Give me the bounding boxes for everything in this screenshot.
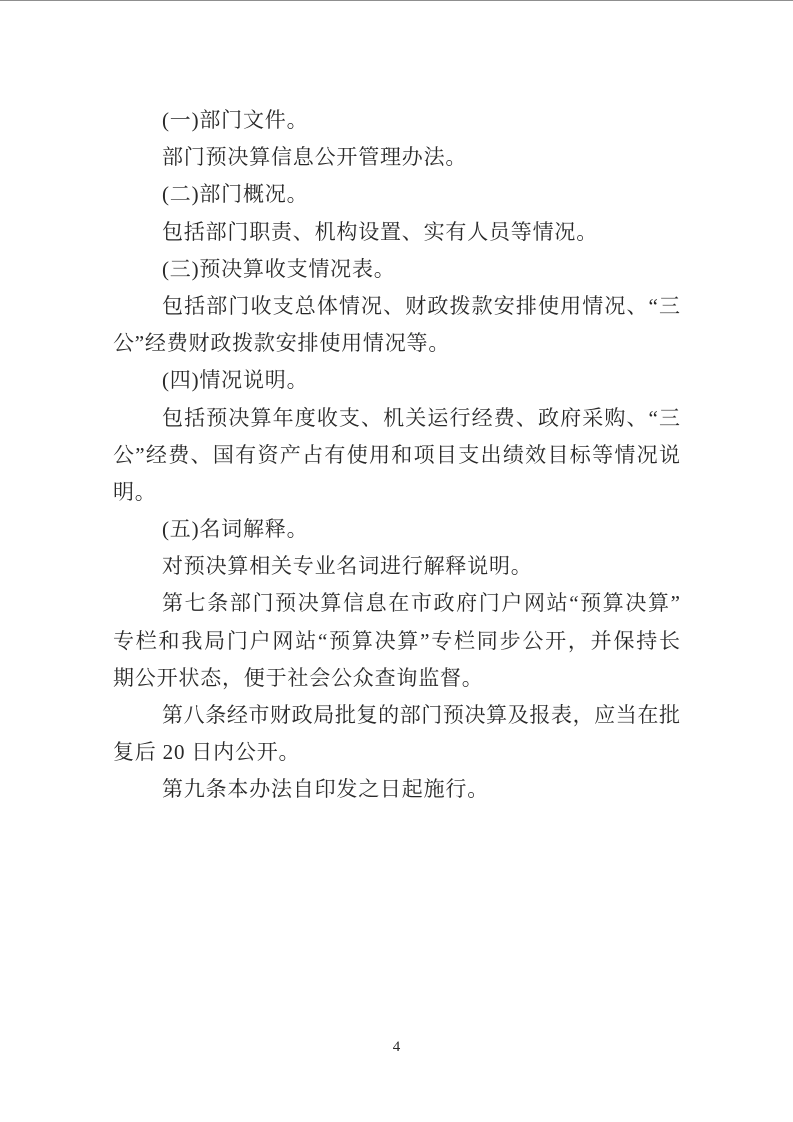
text-line: 部门预决算信息公开管理办法。 <box>113 139 680 176</box>
text-line: 第七条部门预决算信息在市政府门户网站“预算决算” <box>113 585 680 622</box>
text-line: 专栏和我局门户网站“预算决算”专栏同步公开，并保持长 <box>113 623 680 660</box>
text-line: 明。 <box>113 474 680 511</box>
text-line: 复后 20 日内公开。 <box>113 734 680 771</box>
document-page: (一)部门文件。部门预决算信息公开管理办法。(二)部门概况。包括部门职责、机构设… <box>0 0 793 1122</box>
text-line: (二)部门概况。 <box>113 176 680 213</box>
page-number: 4 <box>0 1037 793 1057</box>
text-line: (五)名词解释。 <box>113 511 680 548</box>
text-line: 期公开状态，便于社会公众查询监督。 <box>113 660 680 697</box>
text-line: 第九条本办法自印发之日起施行。 <box>113 771 680 808</box>
text-line: 第八条经市财政局批复的部门预决算及报表，应当在批 <box>113 697 680 734</box>
text-line: (一)部门文件。 <box>113 102 680 139</box>
text-line: 包括预决算年度收支、机关运行经费、政府采购、“三 <box>113 400 680 437</box>
text-line: 公”经费、国有资产占有使用和项目支出绩效目标等情况说 <box>113 437 680 474</box>
text-line: 包括部门职责、机构设置、实有人员等情况。 <box>113 214 680 251</box>
text-line: 对预决算相关专业名词进行解释说明。 <box>113 548 680 585</box>
text-line: (四)情况说明。 <box>113 362 680 399</box>
text-line: 公”经费财政拨款安排使用情况等。 <box>113 325 680 362</box>
text-line: (三)预决算收支情况表。 <box>113 251 680 288</box>
text-line: 包括部门收支总体情况、财政拨款安排使用情况、“三 <box>113 288 680 325</box>
document-body: (一)部门文件。部门预决算信息公开管理办法。(二)部门概况。包括部门职责、机构设… <box>113 102 680 809</box>
